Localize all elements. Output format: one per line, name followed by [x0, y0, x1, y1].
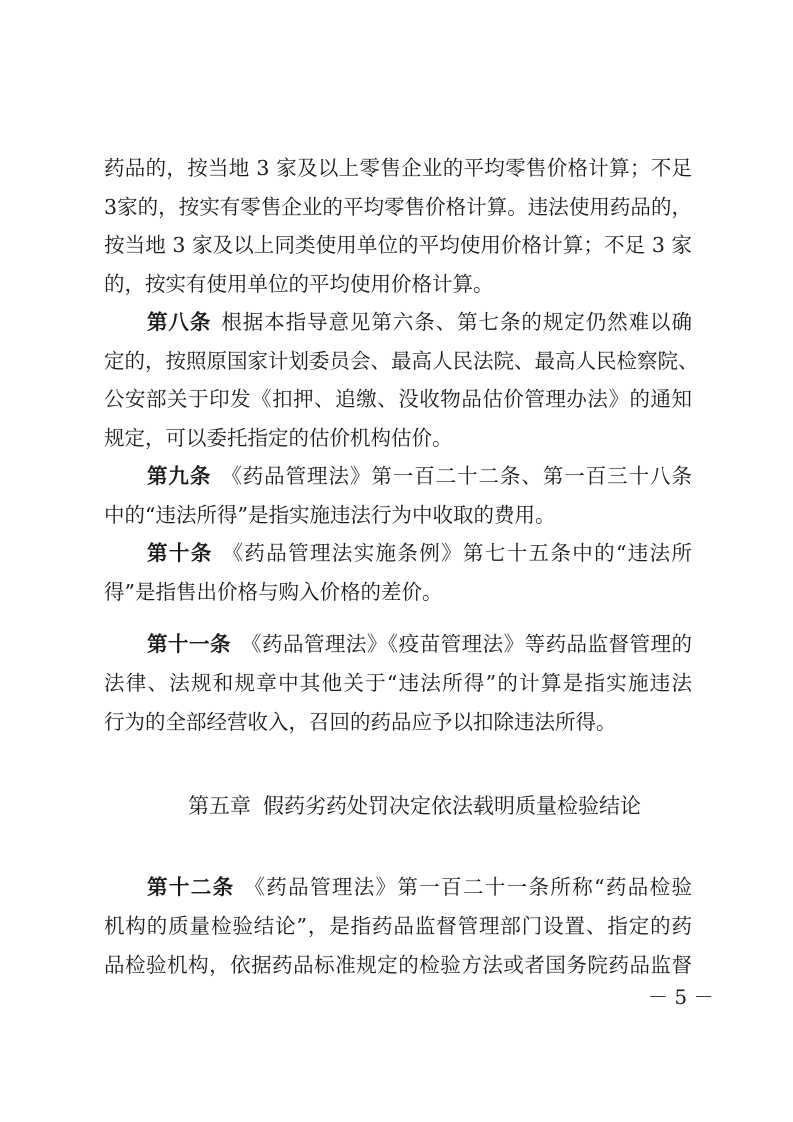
article-number: 第十条: [147, 541, 213, 565]
text-line: 规定，可以委托指定的估价机构估价。: [104, 427, 692, 466]
text-line: 《药品管理法》《疫苗管理法》等药品监督管理的: [241, 632, 692, 656]
chapter-number: 第五章: [188, 794, 251, 818]
text-line: 得”是指售出价格与购入价格的差价。: [104, 581, 692, 620]
text-line: 品检验机构，依据药品标准规定的检验方法或者国务院药品监督: [104, 954, 692, 993]
text-line: 《药品管理法实施条例》第七十五条中的“违法所: [223, 541, 692, 565]
text-line: 按当地 3 家及以上同类使用单位的平均使用价格计算；不足 3 家: [104, 234, 692, 273]
text-line: 中的“违法所得”是指实施违法行为中收取的费用。: [104, 504, 692, 543]
text-line: 行为的全部经营收入，召回的药品应予以扣除违法所得。: [104, 711, 692, 750]
chapter-heading: 第五章假药劣药处罚决定依法载明质量检验结论: [0, 795, 793, 817]
article-first-line: 第八条根据本指导意见第六条、第七条的规定仍然难以确: [147, 311, 692, 350]
article-first-line: 第十条《药品管理法实施条例》第七十五条中的“违法所: [147, 542, 692, 581]
text-line: 机构的质量检验结论”，是指药品监督管理部门设置、指定的药: [104, 915, 692, 954]
document-page: 药品的，按当地 3 家及以上零售企业的平均零售价格计算；不足 3家的，按实有零售…: [0, 0, 793, 1122]
article-number: 第十二条: [147, 875, 234, 899]
chapter-title: 假药劣药处罚决定依法载明质量检验结论: [263, 794, 641, 818]
text-line: 定的，按照原国家计划委员会、最高人民法院、最高人民检察院、: [104, 350, 692, 389]
text-line: 《药品管理法》第一百二十二条、第一百三十八条: [221, 464, 692, 488]
text-line: 的，按实有使用单位的平均使用价格计算。: [104, 273, 692, 312]
article-first-line: 第十一条《药品管理法》《疫苗管理法》等药品监督管理的: [147, 633, 692, 672]
page-number: － 5 －: [648, 986, 713, 1008]
article-first-line: 第十二条《药品管理法》第一百二十一条所称“药品检验: [147, 876, 692, 915]
text-line: 药品的，按当地 3 家及以上零售企业的平均零售价格计算；不足: [104, 157, 692, 196]
text-line: 根据本指导意见第六条、第七条的规定仍然难以确: [221, 310, 692, 334]
text-line: 3家的，按实有零售企业的平均零售价格计算。违法使用药品的，: [104, 196, 692, 235]
article-first-line: 第九条《药品管理法》第一百二十二条、第一百三十八条: [147, 465, 692, 504]
text-line: 法律、法规和规章中其他关于“违法所得”的计算是指实施违法: [104, 672, 692, 711]
text-line: 公安部关于印发《扣押、追缴、没收物品估价管理办法》的通知: [104, 388, 692, 427]
text-line: 《药品管理法》第一百二十一条所称“药品检验: [244, 875, 692, 899]
article-number: 第八条: [147, 310, 211, 334]
article-number: 第九条: [147, 464, 211, 488]
article-number: 第十一条: [147, 632, 231, 656]
